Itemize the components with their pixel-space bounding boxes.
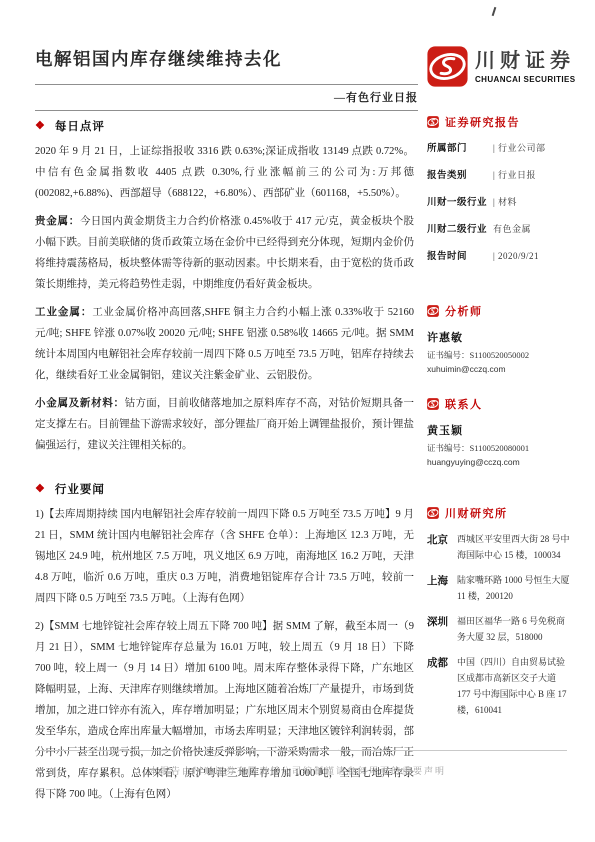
sidebar-gap	[427, 477, 570, 505]
brand-name-cn: 川财证券	[475, 50, 576, 72]
meta-label: 报告时间	[427, 248, 493, 262]
main-column: ❖ 每日点评 2020 年 9 月 21 日，上证综指报收 3316 跌 0.6…	[35, 114, 414, 812]
report-subtitle: —有色行业日报	[35, 89, 418, 105]
brand-text: 川财证券 CHUANCAI SECURITIES	[475, 46, 576, 84]
meta-value: 有色金属	[493, 222, 531, 235]
report-badge: 证券研究报告	[427, 114, 570, 130]
header-divider-top	[35, 84, 418, 85]
meta-row: 所属部门 | 行业公司部	[427, 140, 570, 154]
office-city: 成都	[427, 654, 457, 718]
paragraph-text: 今日国内黄金期货主力合约价格涨 0.45%收于 417 元/克，黄金板块个股小幅…	[35, 216, 414, 290]
analyst-heading-label: 分析师	[445, 303, 483, 319]
meta-label: 所属部门	[427, 140, 493, 154]
section-industry-news: ❖ 行业要闻	[35, 481, 414, 497]
paragraph-text: 工业金属价格冲高回落,SHFE 铜主力合约小幅上涨 0.33%收于 52160 …	[35, 307, 414, 381]
diamond-bullet-icon: ❖	[35, 484, 46, 495]
office-row: 成都 中国（四川）自由贸易试验区成都市高新区交子大道 177 号中海国际中心 B…	[427, 654, 570, 718]
contact-heading: 联系人	[427, 396, 570, 412]
contact-card: 黄玉颖 证书编号：S1100520080001 huangyuying@cczq…	[427, 422, 570, 467]
news-item: 1)【去库周期持续 国内电解铝社会库存较前一周四下降 0.5 万吨至 73.5 …	[35, 504, 414, 609]
sidebar-gap	[427, 275, 570, 303]
analyst-email: xuhuimin@cczq.com	[427, 364, 570, 374]
contact-icon	[427, 398, 439, 410]
stray-scan-mark	[492, 7, 497, 16]
contact-heading-label: 联系人	[445, 396, 483, 412]
meta-value: | 行业公司部	[493, 141, 546, 154]
footer-disclaimer: 本报告由川财证券有限责任公司编制谨请参阅尾页的重要声明	[0, 764, 595, 777]
institute-heading-label: 川财研究所	[445, 505, 508, 521]
header-divider-bottom	[35, 110, 418, 111]
paragraph-lead: 贵金属：	[35, 216, 80, 227]
office-address: 福田区福华一路 6 号免税商务大厦 32 层，518000	[457, 613, 570, 645]
paragraph-lead: 小金属及新材料：	[35, 398, 125, 409]
contact-name: 黄玉颖	[427, 422, 570, 438]
news-item-text: 1)【去库周期持续 国内电解铝社会库存较前一周四下降 0.5 万吨至 73.5 …	[35, 509, 414, 604]
meta-label: 川财二级行业	[427, 221, 493, 235]
contact-email: huangyuying@cczq.com	[427, 457, 570, 467]
section-gap	[35, 463, 414, 477]
analyst-name: 许惠敏	[427, 329, 570, 345]
chuancai-logo-icon	[427, 46, 468, 87]
daily-review-paragraph: 贵金属：今日国内黄金期货主力合约价格涨 0.45%收于 417 元/克，黄金板块…	[35, 211, 414, 295]
institute-icon	[427, 507, 439, 519]
office-address: 陆家嘴环路 1000 号恒生大厦 11 楼，200120	[457, 572, 570, 604]
analyst-card: 许惠敏 证书编号：S1100520050002 xuhuimin@cczq.co…	[427, 329, 570, 374]
meta-label: 川财一级行业	[427, 194, 493, 208]
office-row: 深圳 福田区福华一路 6 号免税商务大厦 32 层，518000	[427, 613, 570, 645]
institute-heading: 川财研究所	[427, 505, 570, 521]
office-address: 西城区平安里西大街 28 号中海国际中心 15 楼，100034	[457, 531, 570, 563]
sidebar-gap	[427, 384, 570, 396]
report-page: 电解铝国内库存继续维持去化 川财证券 CHUANCAI SECURITIES —…	[0, 0, 595, 842]
paragraph-lead: 工业金属：	[35, 307, 92, 318]
sidebar: 证券研究报告 所属部门 | 行业公司部 报告类别 | 行业日报 川财一级行业 |…	[427, 114, 570, 727]
report-badge-icon	[427, 116, 439, 128]
meta-value: | 材料	[493, 195, 517, 208]
analyst-icon	[427, 305, 439, 317]
daily-review-paragraph: 2020 年 9 月 21 日，上证综指报收 3316 跌 0.63%;深证成指…	[35, 141, 414, 204]
brand-name-en: CHUANCAI SECURITIES	[475, 75, 576, 84]
section-industry-news-title: 行业要闻	[55, 481, 105, 497]
report-badge-label: 证券研究报告	[445, 114, 520, 130]
meta-row: 川财一级行业 | 材料	[427, 194, 570, 208]
paragraph-text: 2020 年 9 月 21 日，上证综指报收 3316 跌 0.63%;深证成指…	[35, 146, 414, 199]
meta-label: 报告类别	[427, 167, 493, 181]
meta-value: | 2020/9/21	[493, 251, 539, 261]
office-city: 北京	[427, 531, 457, 563]
meta-row: 报告类别 | 行业日报	[427, 167, 570, 181]
office-city: 深圳	[427, 613, 457, 645]
section-daily-review: ❖ 每日点评	[35, 118, 414, 134]
daily-review-paragraph: 工业金属：工业金属价格冲高回落,SHFE 铜主力合约小幅上涨 0.33%收于 5…	[35, 302, 414, 386]
footer-divider	[35, 750, 567, 751]
diamond-bullet-icon: ❖	[35, 121, 46, 132]
meta-row: 报告时间 | 2020/9/21	[427, 248, 570, 262]
analyst-cert: 证书编号：S1100520050002	[427, 349, 570, 361]
meta-value: | 行业日报	[493, 168, 536, 181]
office-address: 中国（四川）自由贸易试验区成都市高新区交子大道 177 号中海国际中心 B 座 …	[457, 654, 570, 718]
office-row: 上海 陆家嘴环路 1000 号恒生大厦 11 楼，200120	[427, 572, 570, 604]
section-daily-review-title: 每日点评	[55, 118, 105, 134]
contact-cert: 证书编号：S1100520080001	[427, 442, 570, 454]
page-title: 电解铝国内库存继续维持去化	[35, 46, 415, 71]
office-row: 北京 西城区平安里西大街 28 号中海国际中心 15 楼，100034	[427, 531, 570, 563]
office-city: 上海	[427, 572, 457, 604]
meta-row: 川财二级行业 有色金属	[427, 221, 570, 235]
analyst-heading: 分析师	[427, 303, 570, 319]
brand-block: 川财证券 CHUANCAI SECURITIES	[427, 46, 576, 87]
daily-review-paragraph: 小金属及新材料：钴方面，目前收储落地加之原料库存不高，对钴价短期具备一定支撑左右…	[35, 393, 414, 456]
